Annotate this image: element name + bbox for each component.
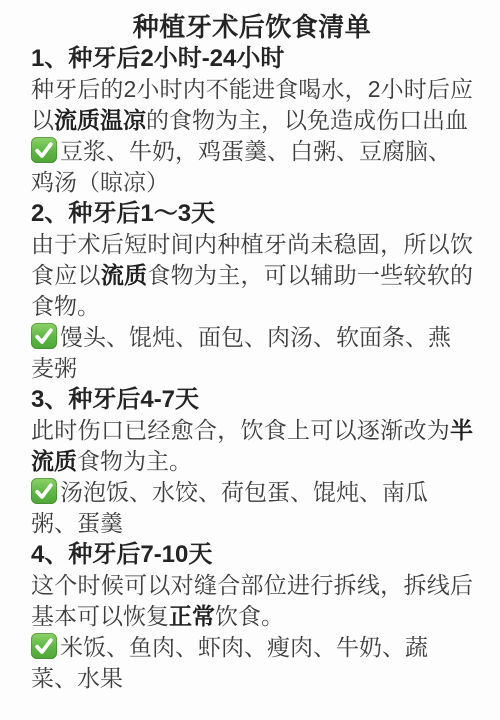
foods-text: 米饭、鱼肉、虾肉、瘦肉、牛奶、蔬菜、水果 (31, 634, 428, 691)
text-run: 食物为主。 (77, 448, 192, 474)
text-run: 的食物为主，以免造成伤口出血 (146, 107, 468, 133)
foods-text: 豆浆、牛奶，鸡蛋羹、白粥、豆腐脑、鸡汤（晾凉） (31, 138, 451, 195)
section-1-heading: 1、种牙后2小时-24小时 (31, 43, 473, 74)
emphasized-text: 正常 (169, 603, 215, 629)
diet-list-page: 种植牙术后饮食清单 1、种牙后2小时-24小时 种牙后的2小时内不能进食喝水，2… (0, 0, 500, 720)
section-4-foods: 米饭、鱼肉、虾肉、瘦肉、牛奶、蔬菜、水果 (31, 632, 473, 694)
emphasized-text: 流质温凉 (54, 107, 146, 133)
section-2-foods: 馒头、馄炖、面包、肉汤、软面条、燕麦粥 (31, 322, 473, 384)
section-1-body: 种牙后的2小时内不能进食喝水，2小时后应以流质温凉的食物为主，以免造成伤口出血 (31, 74, 473, 136)
text-run: 饮食。 (215, 603, 284, 629)
section-2-body: 由于术后短时间内种植牙尚未稳固，所以饮食应以流质食物为主，可以辅助一些较软的食物… (31, 229, 473, 322)
foods-text: 馒头、馄炖、面包、肉汤、软面条、燕麦粥 (31, 324, 451, 381)
page-title: 种植牙术后饮食清单 (31, 12, 473, 43)
foods-text: 汤泡饭、水饺、荷包蛋、馄炖、南瓜粥、蛋羹 (31, 479, 428, 536)
section-2-heading: 2、种牙后1～3天 (31, 198, 473, 229)
section-4: 4、种牙后7-10天 这个时候可以对缝合部位进行拆线，拆线后基本可以恢复正常饮食… (31, 539, 473, 694)
check-mark-icon (31, 323, 57, 349)
section-4-heading: 4、种牙后7-10天 (31, 539, 473, 570)
section-3-foods: 汤泡饭、水饺、荷包蛋、馄炖、南瓜粥、蛋羹 (31, 477, 473, 539)
check-mark-icon (31, 633, 57, 659)
section-1: 1、种牙后2小时-24小时 种牙后的2小时内不能进食喝水，2小时后应以流质温凉的… (31, 43, 473, 198)
check-mark-icon (31, 137, 57, 163)
check-mark-icon (31, 478, 57, 504)
emphasized-text: 流质 (101, 262, 148, 288)
section-3-heading: 3、种牙后4-7天 (31, 384, 473, 415)
text-run: 此时伤口已经愈合，饮食上可以逐渐改为 (31, 417, 450, 443)
section-4-body: 这个时候可以对缝合部位进行拆线，拆线后基本可以恢复正常饮食。 (31, 570, 473, 632)
section-2: 2、种牙后1～3天 由于术后短时间内种植牙尚未稳固，所以饮食应以流质食物为主，可… (31, 198, 473, 384)
section-3-body: 此时伤口已经愈合，饮食上可以逐渐改为半流质食物为主。 (31, 415, 473, 477)
section-1-foods: 豆浆、牛奶，鸡蛋羹、白粥、豆腐脑、鸡汤（晾凉） (31, 136, 473, 198)
section-3: 3、种牙后4-7天 此时伤口已经愈合，饮食上可以逐渐改为半流质食物为主。 汤泡饭… (31, 384, 473, 539)
